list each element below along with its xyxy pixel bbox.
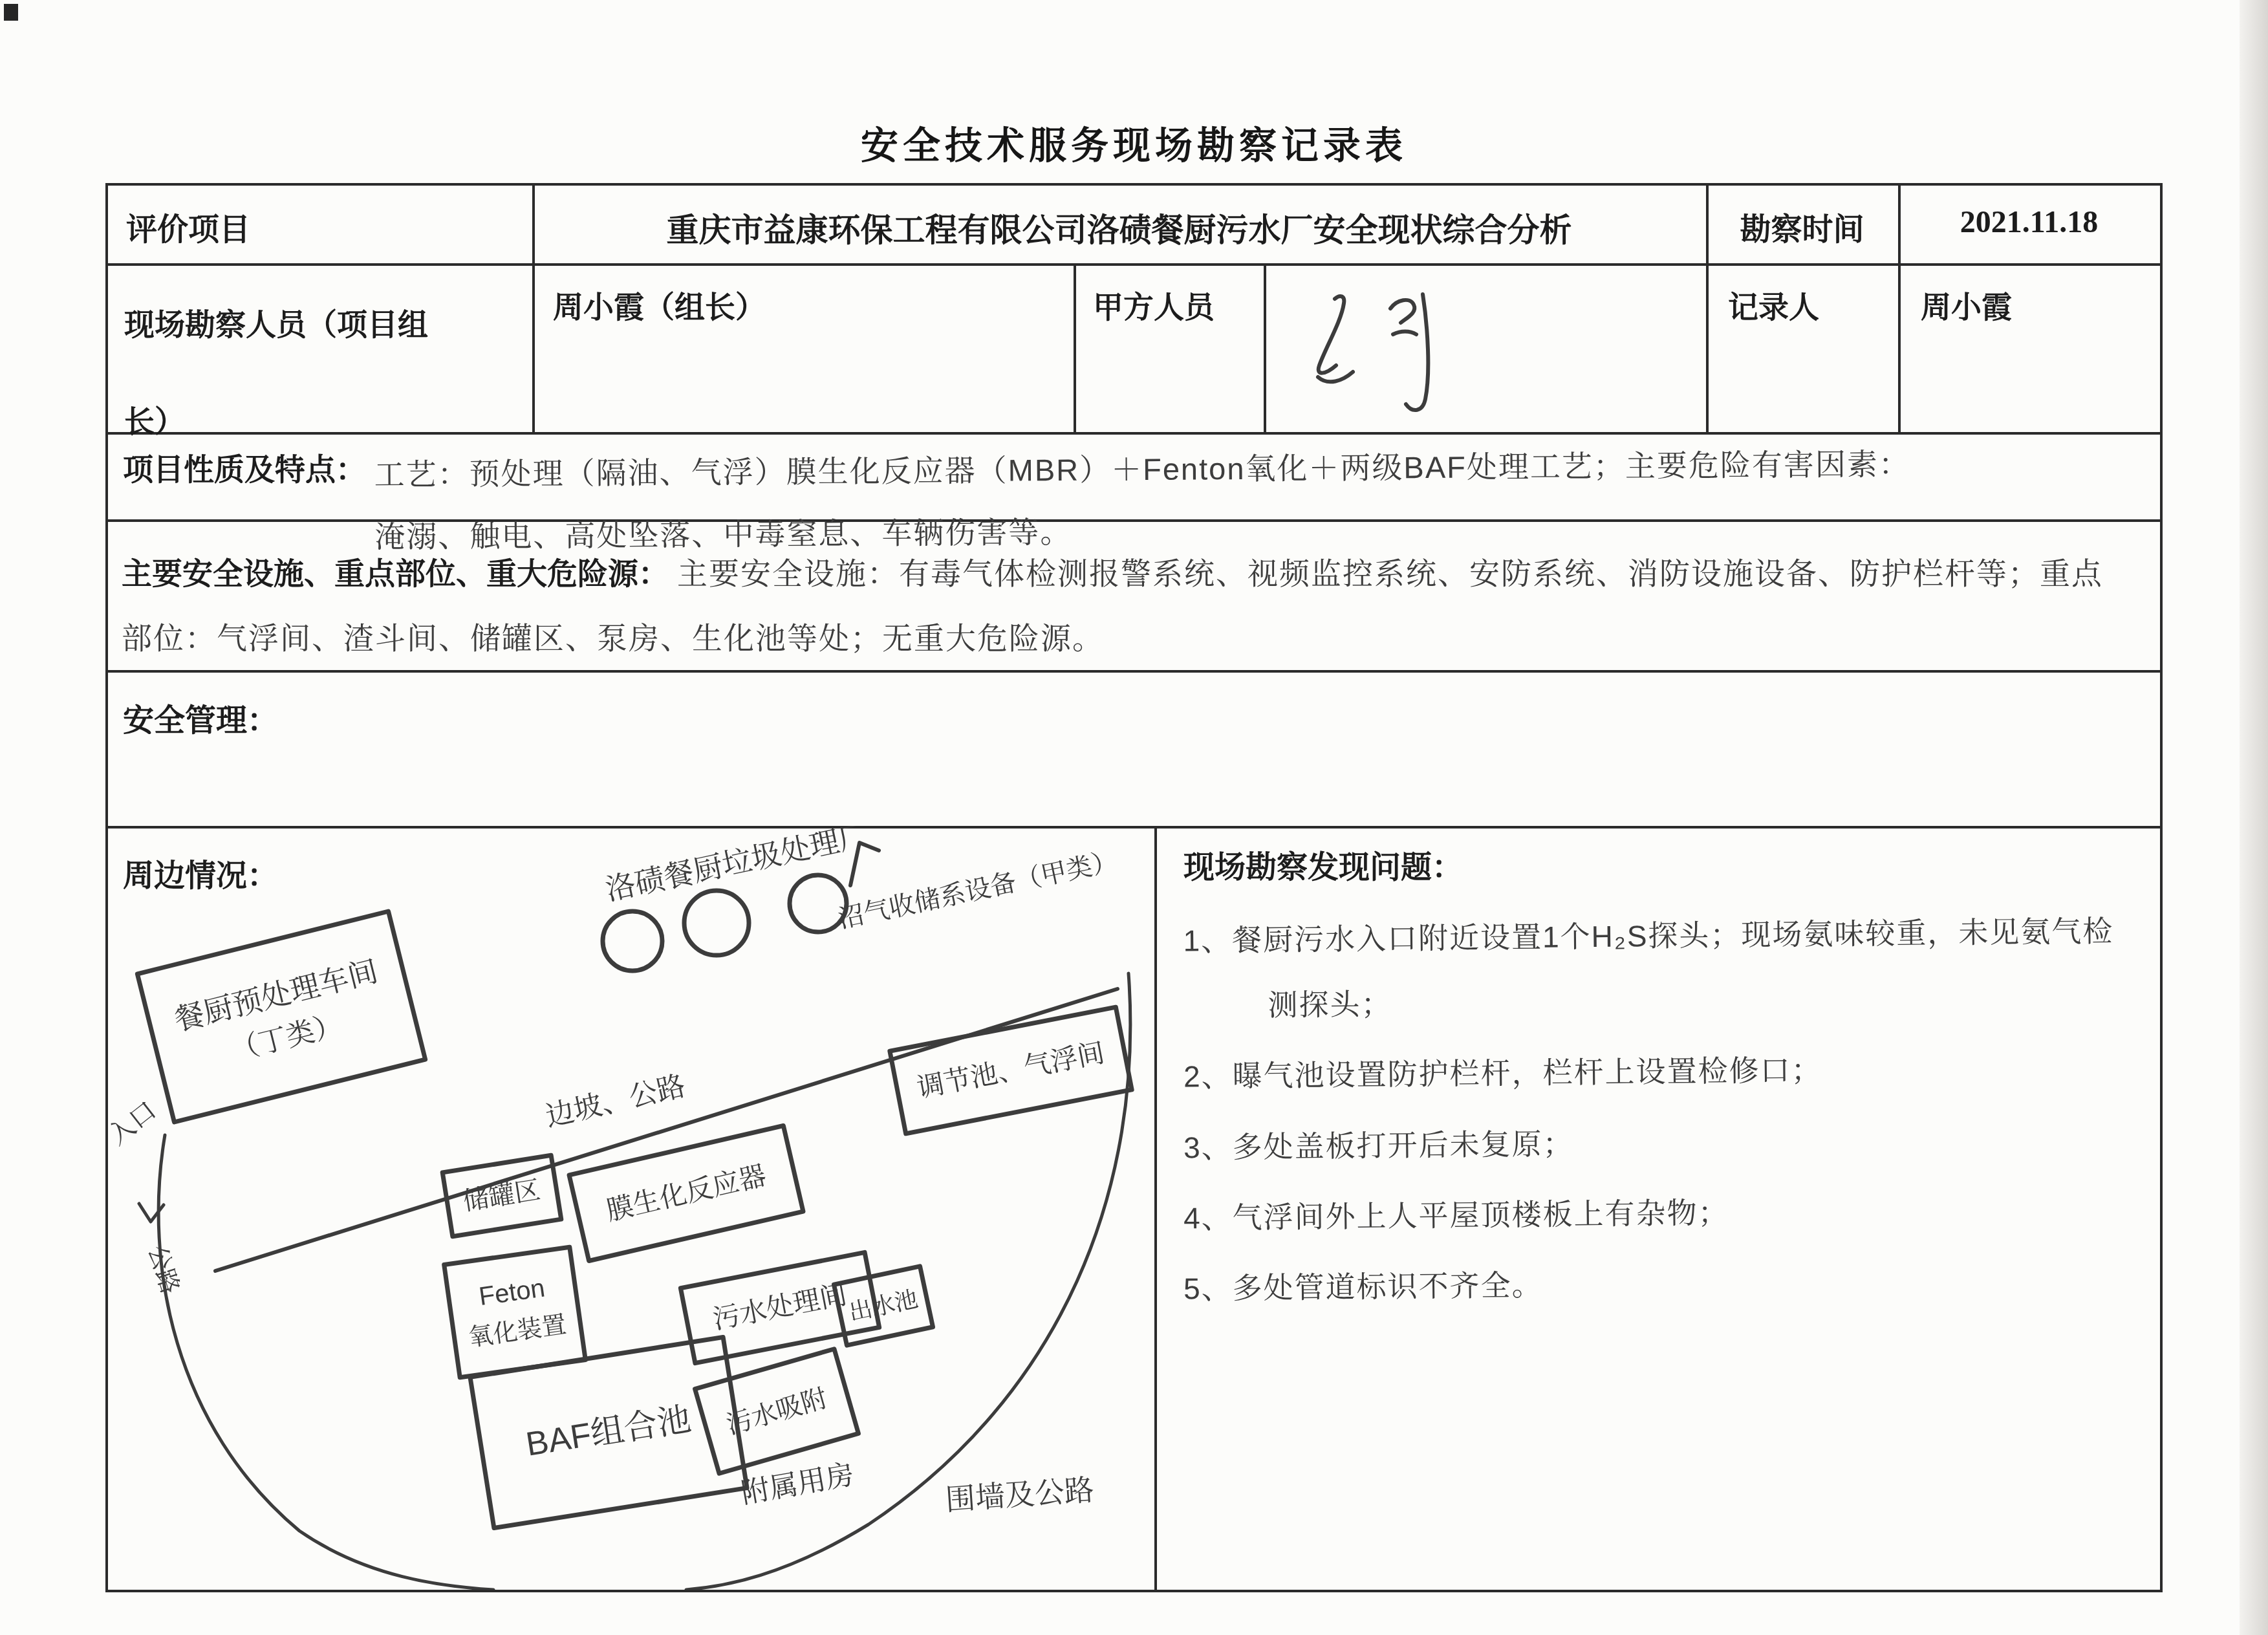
page-title: 安全技术服务现场勘察记录表 bbox=[0, 115, 2268, 169]
map-label-fenton-oxidation: 氧化装置 bbox=[467, 1311, 568, 1352]
map-label-road: 公路 bbox=[143, 1242, 184, 1297]
party-signature bbox=[1264, 263, 1708, 432]
field-value-survey-personnel: 周小霞（组长） bbox=[553, 283, 766, 327]
signature-stroke bbox=[1319, 296, 1345, 373]
issue-item: 2、曝气池设置防护栏杆，栏杆上设置检修口； bbox=[1183, 1035, 2122, 1110]
map-label-biogas-equipment: 沼气收储系设备（甲类） bbox=[836, 847, 1121, 934]
field-value-recorder: 周小霞 bbox=[1921, 283, 2012, 327]
signature-stroke bbox=[1406, 294, 1428, 410]
issue-item: 1、餐厨污水入口附近设置1个H₂S探头；现场氨味较重，未见氨气检测探头； bbox=[1183, 898, 2122, 1039]
map-label-mbr-reactor: 膜生化反应器 bbox=[603, 1160, 769, 1226]
map-box-fenton-unit: Feton 氧化装置 bbox=[444, 1247, 586, 1378]
field-label-party-a: 甲方人员 bbox=[1093, 283, 1215, 327]
map-box-pretreatment-workshop: 餐厨预处理车间 （丁类） bbox=[137, 911, 425, 1122]
grid-line bbox=[105, 670, 2163, 673]
map-label-regulating-tank: 调节池、气浮间 bbox=[914, 1037, 1107, 1103]
grid-line bbox=[1154, 826, 1157, 1590]
field-label-project-nature: 项目性质及特点： bbox=[123, 453, 366, 487]
map-label-baf-pool: BAF组合池 bbox=[523, 1400, 693, 1464]
map-tank-circle bbox=[603, 911, 662, 971]
map-label-entrance: 入口 bbox=[105, 1096, 162, 1151]
grid-line bbox=[105, 183, 2163, 186]
field-value-project: 重庆市益康环保工程有限公司洛碛餐厨污水厂安全现状综合分析 bbox=[532, 204, 1706, 251]
field-label-safety-management: 安全管理： bbox=[123, 695, 278, 740]
signature-stroke bbox=[1393, 332, 1416, 335]
map-label-outlet-pool: 出水池 bbox=[847, 1285, 920, 1326]
issue-item: 5、多处管道标识不齐全。 bbox=[1183, 1246, 2122, 1321]
map-box-mbr-reactor: 膜生化反应器 bbox=[569, 1126, 803, 1261]
grid-line bbox=[1074, 263, 1076, 432]
field-label-survey-time: 勘察时间 bbox=[1706, 204, 1898, 249]
map-tank-circle bbox=[790, 875, 847, 932]
field-label-recorder: 记录人 bbox=[1728, 283, 1819, 327]
field-label-project: 评价项目 bbox=[126, 204, 250, 249]
grid-line bbox=[2160, 183, 2163, 1592]
map-label-tank-area: 储罐区 bbox=[461, 1176, 542, 1216]
field-value-survey-date: 2021.11.18 bbox=[1898, 204, 2160, 240]
map-box-adsorption: 污水吸附 bbox=[695, 1349, 859, 1473]
field-label-safety-facilities: 主要安全设施、重点部位、重大危险源： bbox=[122, 558, 669, 591]
scan-corner-mark bbox=[4, 4, 18, 21]
scan-edge-shadow bbox=[2240, 0, 2268, 1635]
site-sketch-map: 洛碛餐厨垃圾处理厂 沼气收储系设备（甲类） 边坡、公路 入口 公路 附属用房 围… bbox=[105, 826, 1154, 1590]
grid-line bbox=[105, 263, 2163, 266]
grid-line bbox=[105, 1590, 2163, 1592]
map-tank-circle bbox=[684, 891, 749, 955]
map-label-sewage-room: 污水处理间 bbox=[710, 1279, 849, 1334]
signature-stroke bbox=[1390, 300, 1414, 323]
map-label-annex-building: 附属用房 bbox=[739, 1458, 857, 1510]
issue-item: 3、多处盖板打开后未复原； bbox=[1183, 1105, 2122, 1180]
map-label-waste-plant: 洛碛餐厨垃圾处理厂 bbox=[603, 826, 872, 907]
map-label-adsorption: 污水吸附 bbox=[723, 1384, 830, 1440]
scanned-survey-form: 安全技术服务现场勘察记录表 评价项目 重庆市益康环保工程有限公司洛碛餐厨污水厂安… bbox=[0, 0, 2268, 1635]
map-label-wall-road: 围墙及公路 bbox=[944, 1473, 1095, 1517]
field-label-issues: 现场勘察发现问题： bbox=[1183, 842, 2121, 887]
map-label-fenton: Feton bbox=[477, 1273, 546, 1311]
map-road-left-boundary bbox=[158, 1135, 493, 1590]
issues-section: 现场勘察发现问题： 1、餐厨污水入口附近设置1个H₂S探头；现场氨味较重，未见氨… bbox=[1183, 842, 2121, 1322]
issue-item: 4、气浮间外上人平屋顶楼板上有杂物； bbox=[1183, 1176, 2122, 1251]
map-label-slope-road: 边坡、公路 bbox=[543, 1070, 688, 1132]
map-box-regulating-tank: 调节池、气浮间 bbox=[890, 1007, 1132, 1134]
